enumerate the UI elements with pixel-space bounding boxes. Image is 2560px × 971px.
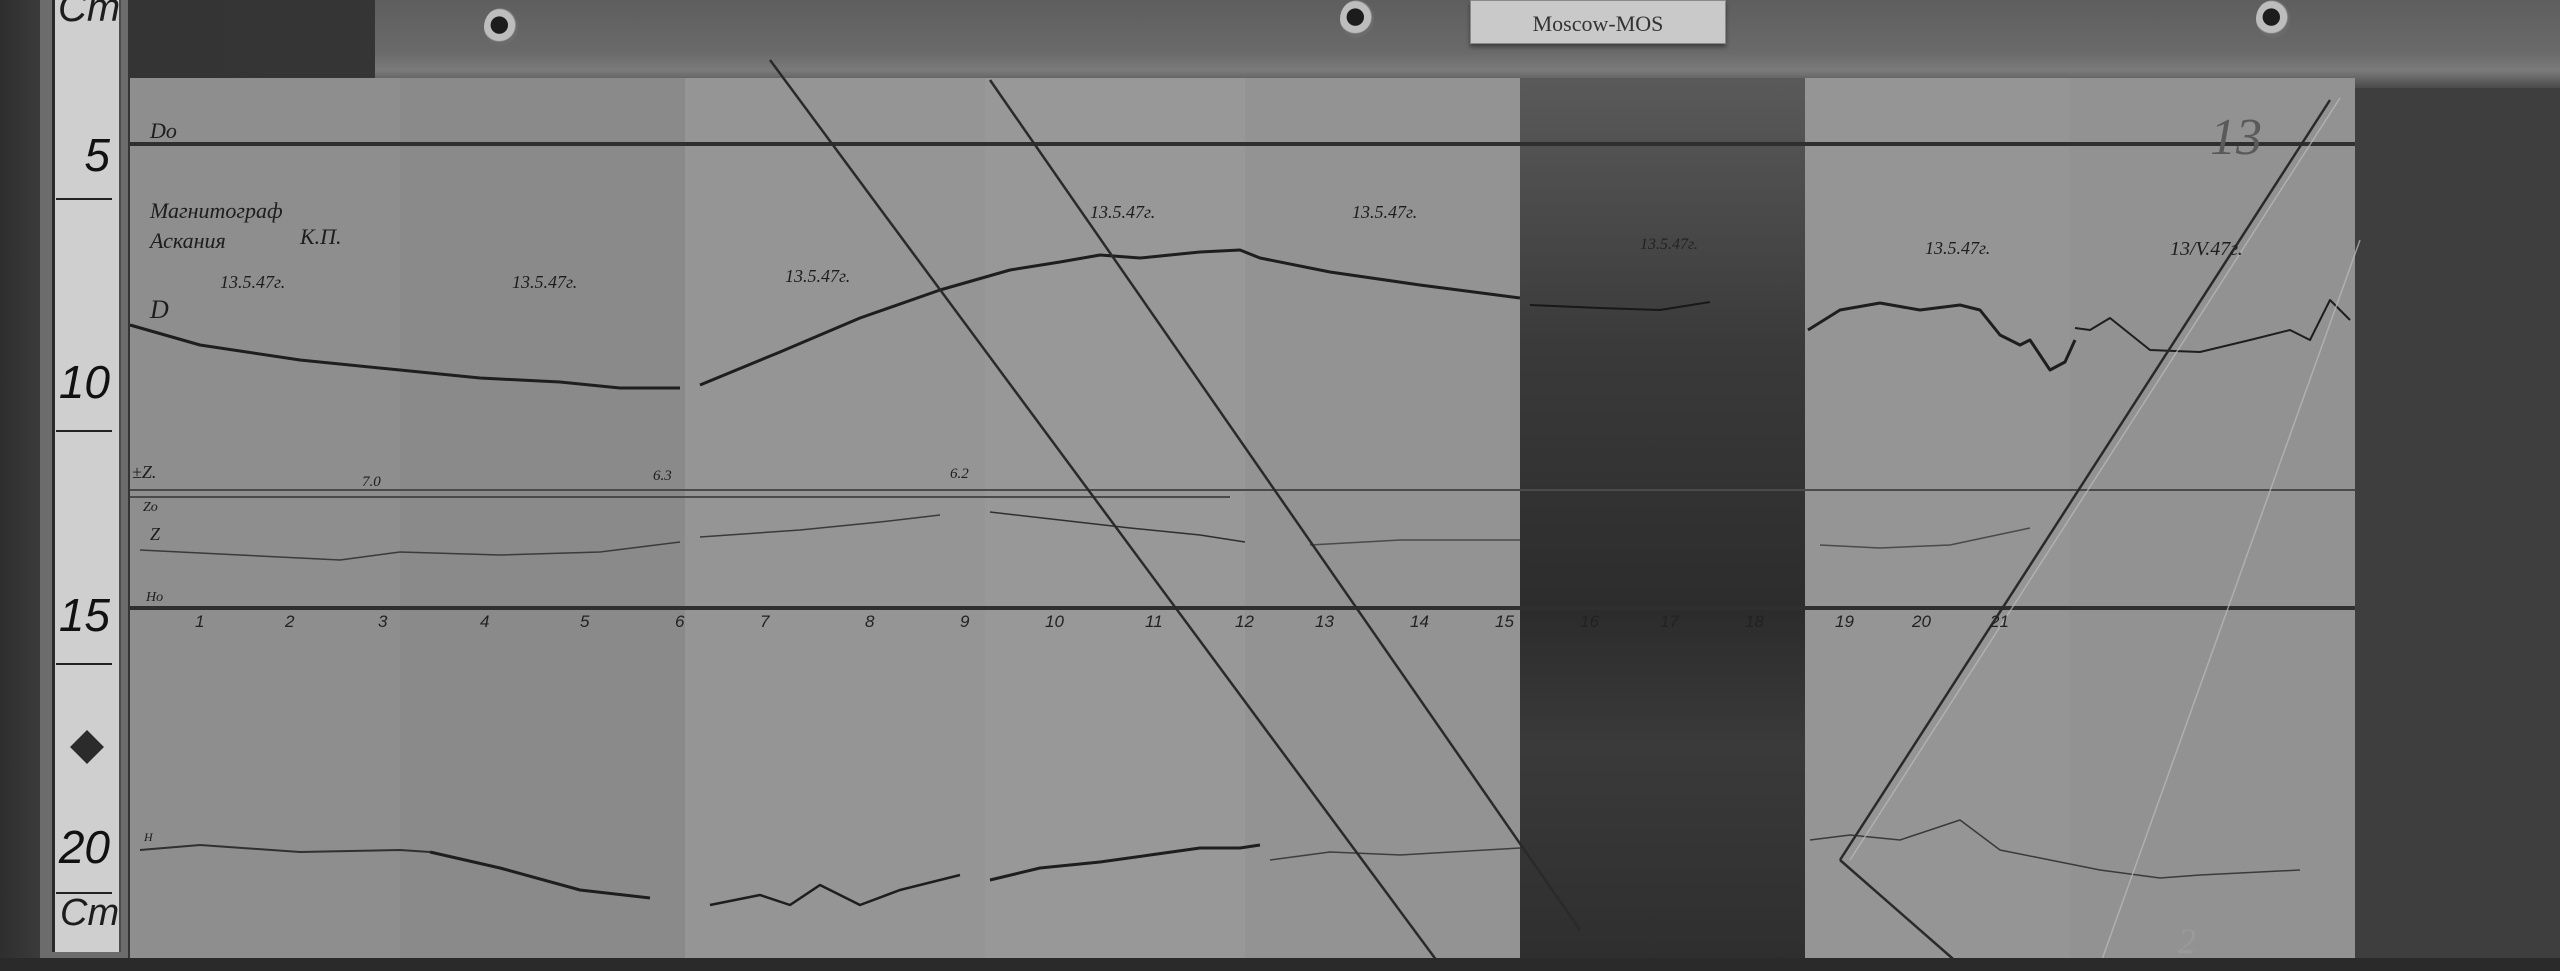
hour-tick-label: 3	[378, 612, 387, 632]
hour-tick-label: 21	[1990, 612, 2009, 632]
magnetogram-photo: Moscow-MOS	[0, 0, 2560, 971]
label-d: D	[150, 295, 169, 325]
strip-date: 13.5.47г.	[220, 272, 285, 293]
label-scale-z: ±Z.	[132, 462, 156, 483]
hour-tick-label: 13	[1315, 612, 1334, 632]
label-baseline-h: Hо	[146, 590, 163, 606]
hour-tick-label: 20	[1912, 612, 1931, 632]
strip-date: 13.5.47г.	[785, 266, 850, 287]
label-baseline-z: Zо	[143, 500, 158, 516]
page-number-mark: 13	[2210, 108, 2262, 167]
strip-date: 13.5.47г.	[1352, 202, 1417, 223]
ruler-mark: 15	[56, 588, 110, 642]
scale-value: 6.2	[950, 466, 969, 483]
hour-tick-label: 8	[865, 612, 874, 632]
magnetograph-model: Аскания	[150, 228, 226, 254]
strip-date: 13.5.47г.	[1925, 238, 1990, 259]
ruler-mark: 10	[56, 355, 110, 409]
label-baseline-d: Dо	[150, 118, 177, 144]
hour-tick-label: 11	[1145, 612, 1163, 632]
hour-tick-label: 7	[760, 612, 769, 632]
label-z: Z	[150, 524, 160, 545]
hour-tick-label: 2	[285, 612, 294, 632]
hour-tick-label: 10	[1045, 612, 1064, 632]
ruler-tick	[56, 198, 112, 200]
ruler-unit-bottom: Cm	[60, 892, 119, 935]
hour-tick-label: 5	[580, 612, 589, 632]
hour-tick-label: 19	[1835, 612, 1854, 632]
scale-value: 7.0	[362, 474, 381, 491]
ruler-mark: 5	[56, 128, 110, 182]
strip-date: 13.5.47г.	[1640, 236, 1698, 254]
ruler-tick	[56, 663, 112, 665]
hour-tick-label: 4	[480, 612, 489, 632]
operator-initials: К.П.	[300, 224, 342, 250]
strip-date: 13.5.47г.	[512, 272, 577, 293]
hour-tick-label: 1	[195, 612, 204, 632]
hour-tick-label: 12	[1235, 612, 1254, 632]
hour-tick-label: 17	[1660, 612, 1679, 632]
ruler-mark: 20	[56, 820, 110, 874]
hour-tick-label: 9	[960, 612, 969, 632]
hour-tick-label: 14	[1410, 612, 1429, 632]
trace-layer	[0, 0, 2560, 971]
hour-tick-label: 18	[1745, 612, 1764, 632]
page-number-mark: 2	[2178, 920, 2196, 962]
hour-tick-label: 16	[1580, 612, 1599, 632]
label-h: H	[144, 830, 153, 845]
ruler-unit-top: Cm	[58, 0, 120, 31]
strip-date: 13/V.47г.	[2170, 238, 2243, 261]
scale-value: 6.3	[653, 468, 672, 485]
hour-tick-label: 6	[675, 612, 684, 632]
frame-bottom-edge	[0, 958, 2560, 971]
magnetograph-title: Магнитограф	[150, 198, 283, 224]
hour-tick-label: 15	[1495, 612, 1514, 632]
ruler-tick	[56, 430, 112, 432]
strip-date: 13.5.47г.	[1090, 202, 1155, 223]
